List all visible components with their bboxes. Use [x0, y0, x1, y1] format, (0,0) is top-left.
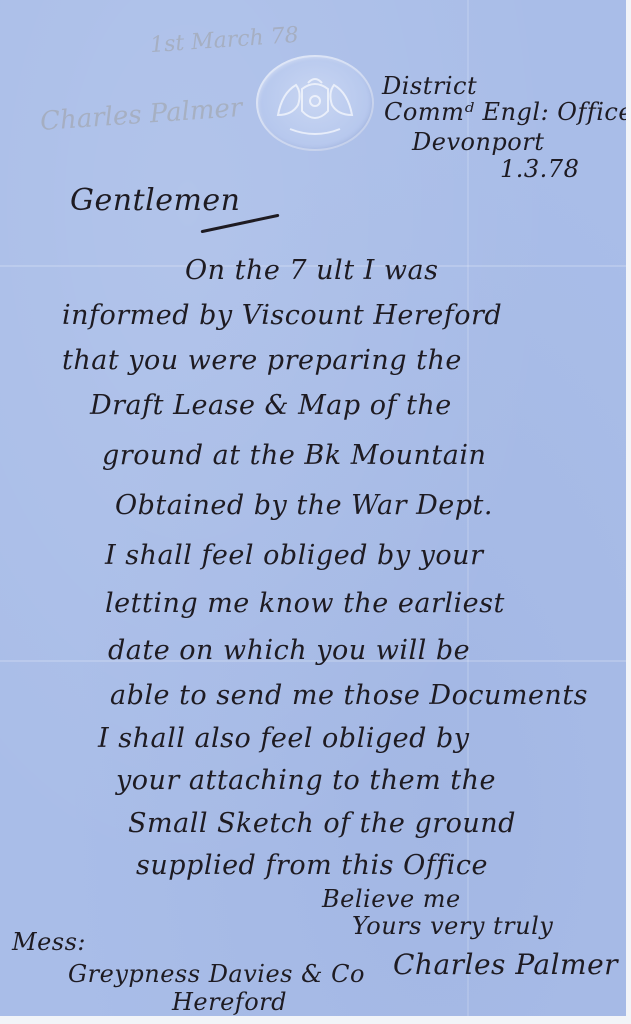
body-line: ground at the Bk Mountain: [102, 440, 486, 471]
body-line: On the 7 ult I was: [185, 255, 438, 286]
body-line: date on which you will be: [108, 635, 470, 666]
bleed-through-signature: Charles Palmer: [39, 93, 243, 137]
heading-line-place: Devonport: [412, 128, 544, 156]
body-line: Small Sketch of the ground: [128, 808, 516, 839]
closing-line: Believe me: [322, 885, 461, 913]
body-line: letting me know the earliest: [105, 588, 505, 619]
signature: Charles Palmer: [393, 948, 618, 981]
body-line: Draft Lease & Map of the: [90, 390, 452, 421]
salutation: Gentlemen: [70, 183, 240, 218]
body-line: your attaching to them the: [116, 765, 496, 796]
addressee-line: Mess:: [12, 928, 86, 956]
addressee-line: Greypness Davies & Co: [68, 960, 365, 988]
heading-date: 1.3.78: [500, 155, 579, 183]
embossed-coat-of-arms-seal-icon: [256, 55, 374, 151]
heading-line-office: Commᵈ Engl: Office: [384, 98, 626, 126]
closing-line: Yours very truly: [352, 912, 553, 940]
body-line: informed by Viscount Hereford: [62, 300, 502, 331]
addressee-line: Hereford: [172, 988, 287, 1016]
body-line: I shall also feel obliged by: [98, 723, 470, 754]
heading-line-district: District: [382, 72, 477, 100]
body-line: that you were preparing the: [62, 345, 462, 376]
body-line: I shall feel obliged by your: [105, 540, 483, 571]
body-line: Obtained by the War Dept.: [115, 490, 493, 521]
letter-page: 1st March 78 Charles Palmer District Com…: [0, 0, 626, 1016]
bleed-through-date: 1st March 78: [149, 23, 299, 58]
body-line: able to send me those Documents: [110, 680, 588, 711]
body-line: supplied from this Office: [136, 850, 488, 881]
